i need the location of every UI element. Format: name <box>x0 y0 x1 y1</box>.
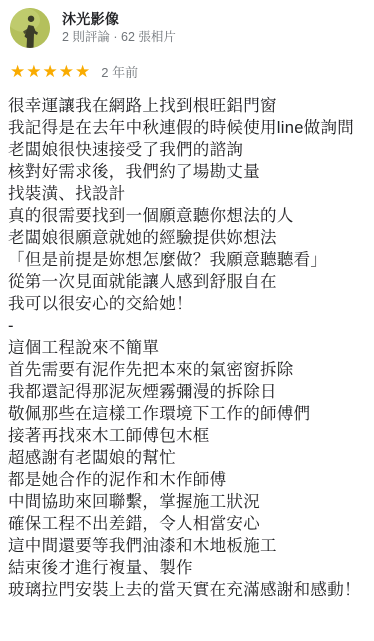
review-text-line: 中間協助來回聯繫，掌握施工狀況 <box>8 491 366 513</box>
review-text-line: 核對好需求後，我們約了場勘丈量 <box>8 161 366 183</box>
review-text-line: 真的很需要找到一個願意聽你想法的人 <box>8 205 366 227</box>
star-icon: ★ <box>75 63 90 80</box>
review-text-line: 接著再找來木工師傅包木框 <box>8 425 366 447</box>
review-text-line: 結束後才進行複量、製作 <box>8 557 366 579</box>
review-text-line: 敬佩那些在這樣工作環境下工作的師傅們 <box>8 403 366 425</box>
author-block: 沐光影像 2 則評論 · 62 張相片 <box>62 10 176 46</box>
star-icon: ★ <box>10 63 25 80</box>
review-text-line: 我記得是在去年中秋連假的時候使用line做詢問 <box>8 117 366 139</box>
review-text-line: 找裝潢、找設計 <box>8 183 366 205</box>
star-icon: ★ <box>43 63 58 80</box>
rating-row: ★★★★★ 2 年前 <box>8 60 366 82</box>
review-text-line: 很幸運讓我在網路上找到根旺鋁門窗 <box>8 95 366 117</box>
review-text-line: 超感謝有老闆娘的幫忙 <box>8 447 366 469</box>
star-icon: ★ <box>26 63 41 80</box>
review-text-line: 老闆娘很快速接受了我們的諮詢 <box>8 139 366 161</box>
review-text-line: 確保工程不出差錯，令人相當安心 <box>8 513 366 535</box>
review-age: 2 年前 <box>101 62 138 81</box>
star-rating: ★★★★★ <box>10 63 91 80</box>
review-text-line: - <box>8 315 366 337</box>
review-card: 沐光影像 2 則評論 · 62 張相片 ★★★★★ 2 年前 很幸運讓我在網路上… <box>0 0 374 641</box>
author-meta: 2 則評論 · 62 張相片 <box>62 29 176 46</box>
review-header[interactable]: 沐光影像 2 則評論 · 62 張相片 <box>8 6 366 50</box>
review-text-line: 首先需要有泥作先把本來的氣密窗拆除 <box>8 359 366 381</box>
review-text-line: 這中間還要等我們油漆和木地板施工 <box>8 535 366 557</box>
review-text-line: 從第一次見面就能讓人感到舒服自在 <box>8 271 366 293</box>
review-text-line: 「但是前提是妳想怎麼做？我願意聽聽看」 <box>8 249 366 271</box>
avatar[interactable] <box>10 8 50 48</box>
review-text-line: 老闆娘很願意就她的經驗提供妳想法 <box>8 227 366 249</box>
star-icon: ★ <box>59 63 74 80</box>
review-text-line: 我可以很安心的交給她！ <box>8 293 366 315</box>
photographer-silhouette-icon <box>10 8 50 48</box>
review-text-line: 都是她合作的泥作和木作師傅 <box>8 469 366 491</box>
review-text-line: 我都還記得那泥灰煙霧彌漫的拆除日 <box>8 381 366 403</box>
review-text-line: 玻璃拉門安裝上去的當天實在充滿感謝和感動！ <box>8 579 366 601</box>
author-name[interactable]: 沐光影像 <box>62 10 176 28</box>
review-text: 很幸運讓我在網路上找到根旺鋁門窗我記得是在去年中秋連假的時候使用line做詢問老… <box>8 95 366 601</box>
review-text-line: 這個工程說來不簡單 <box>8 337 366 359</box>
